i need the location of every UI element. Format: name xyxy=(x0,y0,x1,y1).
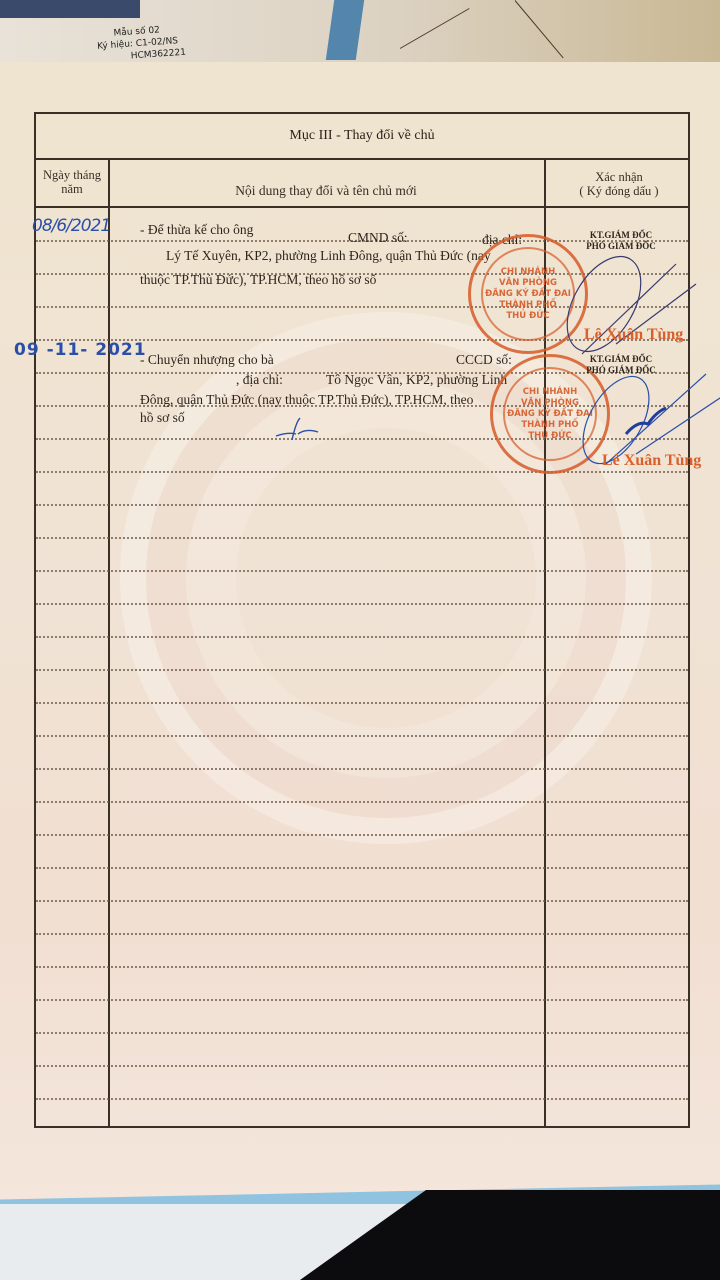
ruled-line xyxy=(36,504,688,506)
ownership-change-table: Mục III - Thay đổi về chủ Ngày tháng năm… xyxy=(34,112,690,1128)
header-content-label: Nội dung thay đổi và tên chủ mới xyxy=(235,183,417,198)
header-confirmation-label: Xác nhận ( Ký đóng dấu ) xyxy=(579,170,658,198)
section-title: Mục III - Thay đổi về chủ xyxy=(36,128,688,144)
ruled-line xyxy=(36,537,688,539)
entry-1-signer-name: Lê Xuân Tùng xyxy=(584,326,683,344)
header-date-label: Ngày tháng năm xyxy=(43,168,101,196)
entry-1-line-3: thuộc TP.Thủ Đức), TP.HCM, theo hồ sơ số xyxy=(140,272,376,288)
header-content: Nội dung thay đổi và tên chủ mới xyxy=(110,184,542,198)
ruled-line xyxy=(36,768,688,770)
initials-mark xyxy=(274,414,324,444)
header-divider xyxy=(36,206,688,208)
ruled-line xyxy=(36,735,688,737)
ruled-line xyxy=(36,867,688,869)
ruled-line xyxy=(36,636,688,638)
ruled-line xyxy=(36,1032,688,1034)
entry-2-line-4: hồ sơ số xyxy=(140,410,185,426)
ruled-line xyxy=(36,669,688,671)
ruled-line xyxy=(36,801,688,803)
ruled-line xyxy=(36,702,688,704)
entry-2-line-1: - Chuyển nhượng cho bà xyxy=(140,352,274,368)
entry-1-id-label: CMND số: xyxy=(348,230,408,246)
entry-2-line-3: Đông, quận Thủ Đức (nay thuộc TP.Thủ Đức… xyxy=(140,392,473,408)
entry-2-date: 09 -11- 2021 xyxy=(14,340,147,360)
ruled-line xyxy=(36,603,688,605)
ruled-line xyxy=(36,966,688,968)
ruled-line xyxy=(36,570,688,572)
entry-2-id-label: CCCD số: xyxy=(456,352,512,368)
entry-2-line-2: Tô Ngọc Vân, KP2, phường Linh xyxy=(326,372,507,388)
entry-2-address-label: , địa chỉ: xyxy=(236,372,283,388)
ruled-line xyxy=(36,999,688,1001)
header-date: Ngày tháng năm xyxy=(36,168,108,196)
ruled-line xyxy=(36,1098,688,1100)
entry-1-date: 08/6/2021 xyxy=(32,216,110,236)
entry-1-signature-icon xyxy=(556,244,716,364)
entry-2-signer-name: Lê Xuân Tùng xyxy=(602,452,701,470)
header-confirmation: Xác nhận ( Ký đóng dấu ) xyxy=(546,170,692,198)
title-divider xyxy=(36,158,688,160)
entry-1-line-1: - Để thừa kế cho ông xyxy=(140,222,253,238)
ruled-line xyxy=(36,1065,688,1067)
form-code-block: Mẫu số 02 Ký hiệu: C1-02/NS HCM362221 xyxy=(89,23,186,66)
ruled-line xyxy=(36,900,688,902)
ruled-line xyxy=(36,834,688,836)
ruled-line xyxy=(36,933,688,935)
entry-1-line-2: Lý Tế Xuyên, KP2, phường Linh Đông, quận… xyxy=(166,248,491,264)
